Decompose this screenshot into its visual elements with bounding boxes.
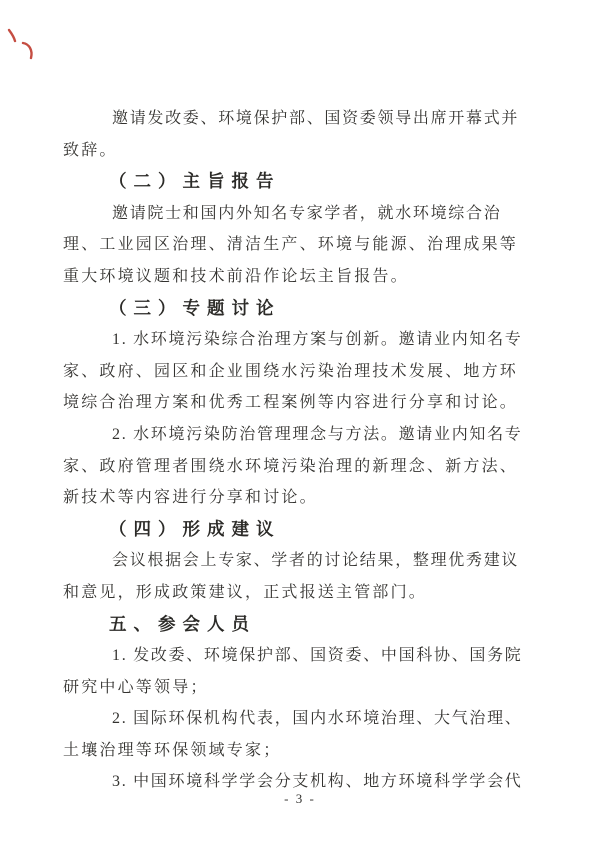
red-ink-marks <box>4 25 44 65</box>
text-line: 新技术等内容进行分享和讨论。 <box>63 482 519 514</box>
page-number: - 3 - <box>0 789 600 809</box>
text-line: 理、工业园区治理、清洁生产、环境与能源、治理成果等 <box>63 229 519 261</box>
section-heading: （三）专题讨论 <box>63 293 519 325</box>
text-line: 境综合治理方案和优秀工程案例等内容进行分享和讨论。 <box>63 387 519 419</box>
text-line: 2. 水环境污染防治管理理念与方法。邀请业内知名专 <box>63 419 519 451</box>
text-line: 致辞。 <box>63 135 519 167</box>
text-line: 2. 国际环保机构代表，国内水环境治理、大气治理、 <box>63 703 519 735</box>
text-line: 家、政府、园区和企业围绕水污染治理技术发展、地方环 <box>63 356 519 388</box>
text-line: 土壤治理等环保领域专家； <box>63 735 519 767</box>
section-heading: （四）形成建议 <box>63 514 519 546</box>
text-line: 重大环境议题和技术前沿作论坛主旨报告。 <box>63 261 519 293</box>
red-ink-stroke <box>9 30 15 41</box>
text-line: 家、政府管理者围绕水环境污染治理的新理念、新方法、 <box>63 451 519 483</box>
text-line: 邀请发改委、环境保护部、国资委领导出席开幕式并 <box>63 103 519 135</box>
section-heading: 五、参会人员 <box>63 609 519 641</box>
text-line: 和意见，形成政策建议，正式报送主管部门。 <box>63 577 519 609</box>
text-line: 1. 发改委、环境保护部、国资委、中国科协、国务院 <box>63 640 519 672</box>
text-line: 邀请院士和国内外知名专家学者，就水环境综合治 <box>63 198 519 230</box>
section-heading: （二）主旨报告 <box>63 166 519 198</box>
text-line: 会议根据会上专家、学者的讨论结果，整理优秀建议 <box>63 545 519 577</box>
document-page: 邀请发改委、环境保护部、国资委领导出席开幕式并致辞。（二）主旨报告邀请院士和国内… <box>0 0 600 848</box>
red-ink-stroke <box>23 43 32 58</box>
text-line: 1. 水环境污染综合治理方案与创新。邀请业内知名专 <box>63 324 519 356</box>
text-line: 研究中心等领导； <box>63 672 519 704</box>
document-body: 邀请发改委、环境保护部、国资委领导出席开幕式并致辞。（二）主旨报告邀请院士和国内… <box>63 103 519 798</box>
